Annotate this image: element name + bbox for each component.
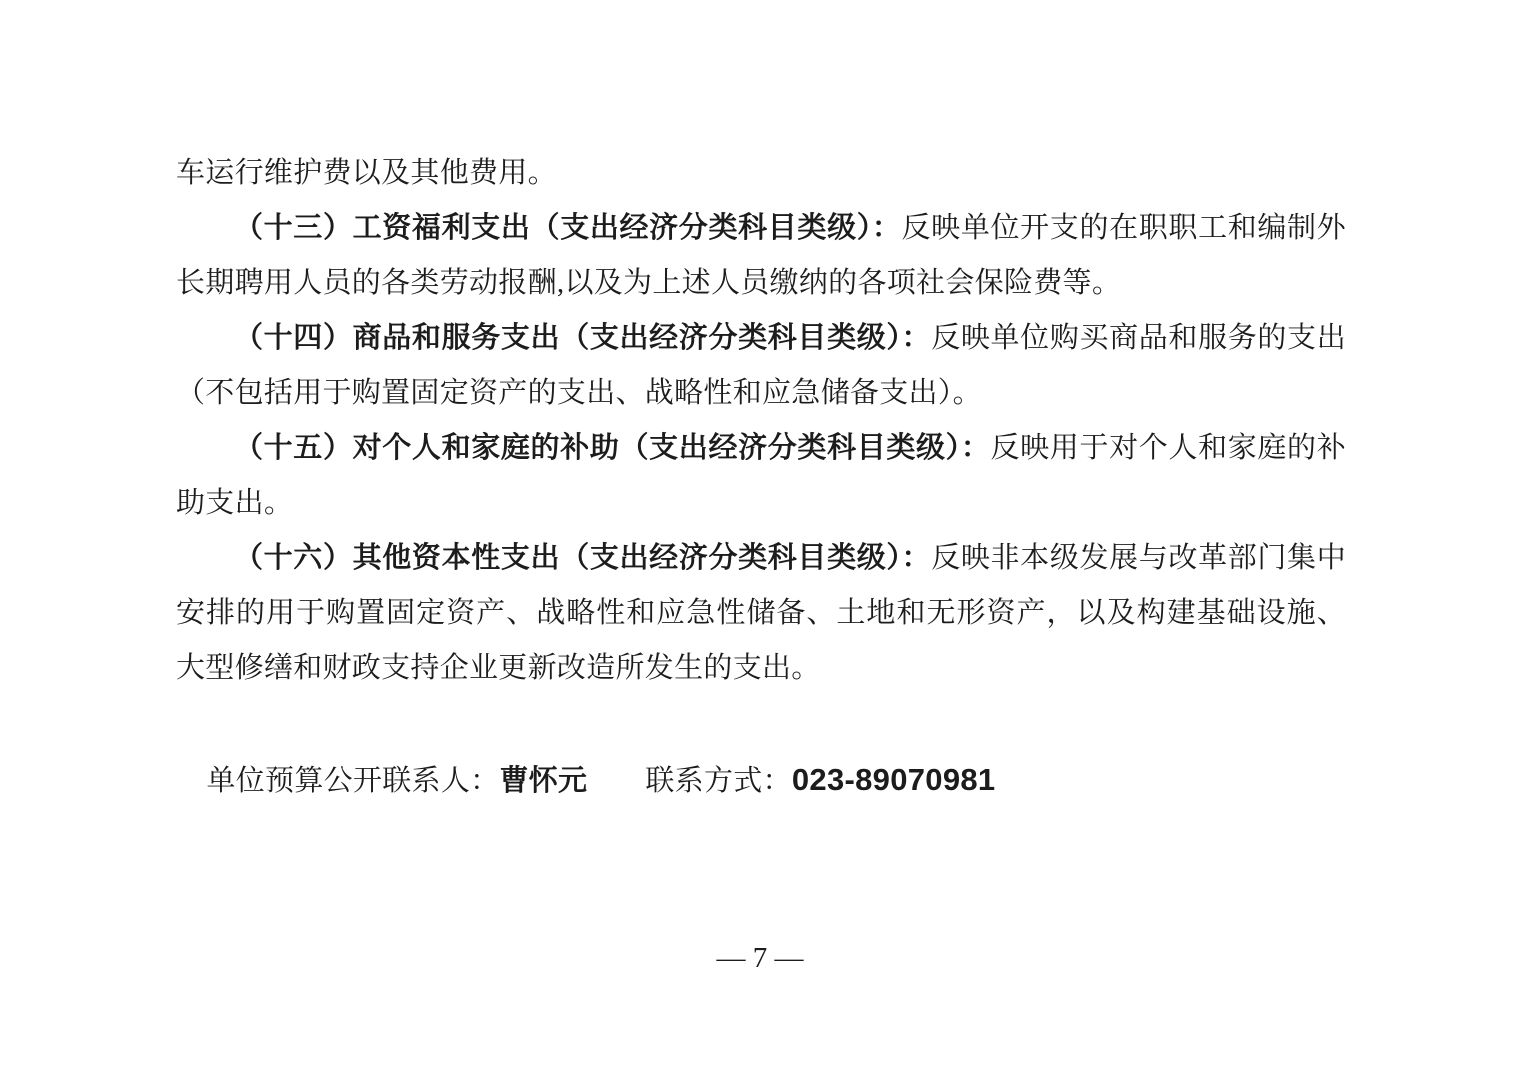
- paragraph-item-16: （十六）其他资本性支出（支出经济分类科目类级）：反映非本级发展与改革部门集中安排…: [176, 531, 1346, 696]
- paragraph-item-15: （十五）对个人和家庭的补助（支出经济分类科目类级）：反映用于对个人和家庭的补助支…: [176, 421, 1346, 531]
- page-number: — 7 —: [0, 936, 1520, 981]
- contact-method-label: 联系方式：: [645, 765, 792, 797]
- document-page: 车运行维护费以及其他费用。 （十三）工资福利支出（支出经济分类科目类级）：反映单…: [0, 0, 1520, 1074]
- contact-line: 单位预算公开联系人：曹怀元联系方式：023-89070981: [176, 752, 1346, 809]
- contact-label: 单位预算公开联系人：: [206, 765, 499, 797]
- contact-person-name: 曹怀元: [499, 765, 587, 797]
- paragraph-heading: （十四）商品和服务支出（支出经济分类科目类级）：: [234, 322, 931, 354]
- paragraph-continuation: 车运行维护费以及其他费用。: [176, 146, 1346, 201]
- paragraph-heading: （十五）对个人和家庭的补助（支出经济分类科目类级）：: [234, 432, 991, 464]
- contact-phone-number: 023-89070981: [792, 762, 996, 797]
- document-body: 车运行维护费以及其他费用。 （十三）工资福利支出（支出经济分类科目类级）：反映单…: [176, 146, 1346, 809]
- paragraph-item-13: （十三）工资福利支出（支出经济分类科目类级）：反映单位开支的在职职工和编制外长期…: [176, 201, 1346, 311]
- paragraph-heading: （十三）工资福利支出（支出经济分类科目类级）：: [234, 212, 902, 244]
- paragraph-item-14: （十四）商品和服务支出（支出经济分类科目类级）：反映单位购买商品和服务的支出（不…: [176, 311, 1346, 421]
- paragraph-heading: （十六）其他资本性支出（支出经济分类科目类级）：: [234, 542, 931, 574]
- paragraph-text: 车运行维护费以及其他费用。: [176, 157, 557, 189]
